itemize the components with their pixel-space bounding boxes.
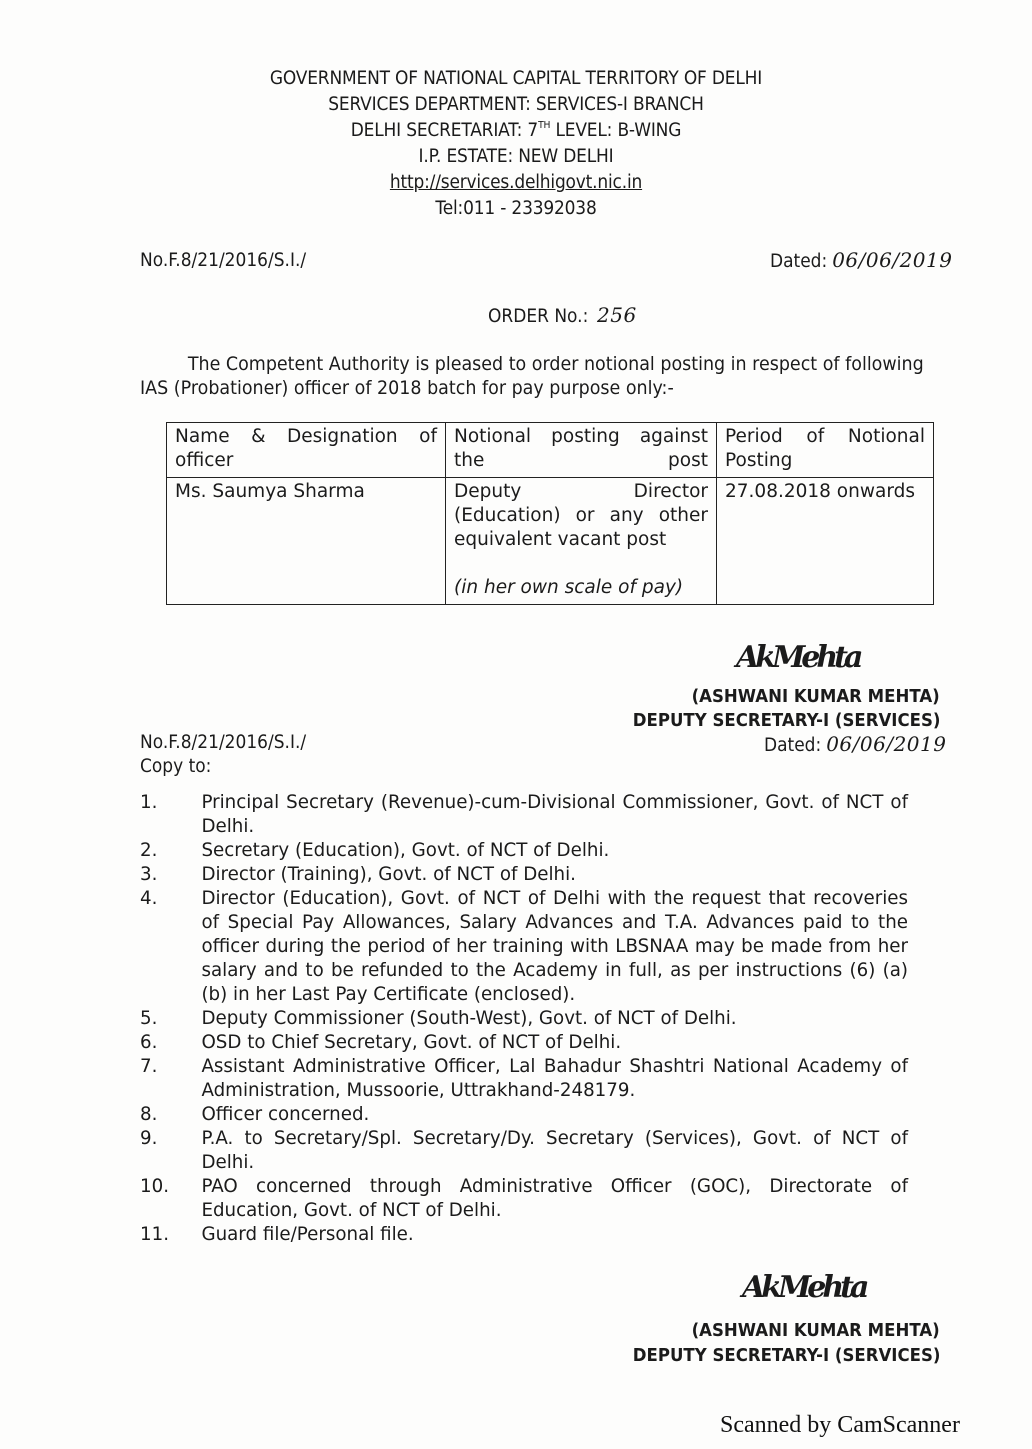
list-item: 10.PAO concerned through Administrative … (140, 1174, 908, 1222)
signature-1: AkMehta (736, 640, 859, 675)
list-item-text: OSD to Chief Secretary, Govt. of NCT of … (201, 1031, 621, 1053)
signatory-designation-2: DEPUTY SECRETARY-I (SERVICES) (632, 1345, 940, 1366)
table-header-name: Name & Designation of officer (167, 423, 446, 478)
list-item: 1.Principal Secretary (Revenue)-cum-Divi… (140, 790, 908, 838)
list-item-text: P.A. to Secretary/Spl. Secretary/Dy. Sec… (201, 1127, 908, 1173)
list-item-number: 2. (140, 838, 157, 862)
posting-note: (in her own scale of pay) (454, 576, 708, 600)
header-address-main: DELHI SECRETARIAT: 7 (351, 120, 538, 141)
list-item: 7.Assistant Administrative Officer, Lal … (140, 1054, 908, 1102)
order-number-line: ORDER No.:256 (488, 303, 637, 327)
copy-to-list: 1.Principal Secretary (Revenue)-cum-Divi… (140, 790, 940, 1246)
dated-handwritten: 06/06/2019 (832, 248, 952, 272)
copy-to-label: Copy to: (140, 756, 211, 777)
table-row: Ms. Saumya Sharma Deputy Director (Educa… (167, 478, 934, 605)
table-cell-period: 27.08.2018 onwards (717, 478, 934, 605)
list-item-number: 9. (140, 1126, 157, 1150)
header-website-link[interactable]: http://services.delhigovt.nic.in (390, 172, 642, 193)
table-header-row: Name & Designation of officer Notional p… (167, 423, 934, 478)
list-item-number: 6. (140, 1030, 157, 1054)
header-department: GOVERNMENT OF NATIONAL CAPITAL TERRITORY… (41, 68, 990, 89)
camscanner-watermark: Scanned by CamScanner (720, 1412, 960, 1439)
header-address-rest: LEVEL: B-WING (550, 120, 681, 141)
list-item: 8.Officer concerned. (140, 1102, 908, 1126)
list-item-text: Assistant Administrative Officer, Lal Ba… (201, 1055, 908, 1101)
list-item-text: Director (Training), Govt. of NCT of Del… (201, 863, 576, 885)
list-item: 6.OSD to Chief Secretary, Govt. of NCT o… (140, 1030, 908, 1054)
list-item-number: 5. (140, 1006, 157, 1030)
list-item: 2.Secretary (Education), Govt. of NCT of… (140, 838, 908, 862)
table-cell-officer-name: Ms. Saumya Sharma (167, 478, 446, 605)
signatory-name-1: (ASHWANI KUMAR MEHTA) (692, 686, 940, 707)
list-item-number: 8. (140, 1102, 157, 1126)
list-item: 9.P.A. to Secretary/Spl. Secretary/Dy. S… (140, 1126, 908, 1174)
file-number: No.F.8/21/2016/S.I./ (140, 250, 306, 271)
list-item: 4.Director (Education), Govt. of NCT of … (140, 886, 908, 1006)
list-item: 11.Guard file/Personal file. (140, 1222, 908, 1246)
list-item-number: 10. (140, 1174, 169, 1198)
signatory-name-2: (ASHWANI KUMAR MEHTA) (692, 1320, 940, 1341)
list-item-text: Guard file/Personal file. (201, 1223, 413, 1245)
list-item-number: 3. (140, 862, 157, 886)
dated-label: Dated: (770, 251, 827, 272)
header-address-sup: TH (538, 120, 550, 131)
order-body-text: The Competent Authority is pleased to or… (140, 352, 931, 400)
list-item: 5.Deputy Commissioner (South-West), Govt… (140, 1006, 908, 1030)
list-item-number: 7. (140, 1054, 157, 1078)
copy-dated-line: Dated:06/06/2019 (764, 732, 946, 756)
list-item-text: Deputy Commissioner (South-West), Govt. … (201, 1007, 736, 1029)
signatory-designation-1: DEPUTY SECRETARY-I (SERVICES) (632, 710, 940, 731)
posting-table: Name & Designation of officer Notional p… (166, 422, 934, 605)
list-item: 3.Director (Training), Govt. of NCT of D… (140, 862, 908, 886)
header-telephone: Tel:011 - 23392038 (41, 198, 990, 219)
copy-dated-label: Dated: (764, 735, 821, 756)
list-item-text: Principal Secretary (Revenue)-cum-Divisi… (201, 791, 908, 837)
copy-dated-handwritten: 06/06/2019 (826, 732, 946, 756)
list-item-number: 1. (140, 790, 157, 814)
header-branch: SERVICES DEPARTMENT: SERVICES-I BRANCH (41, 94, 990, 115)
header-website-row: http://services.delhigovt.nic.in (41, 172, 990, 193)
order-number-handwritten: 256 (597, 303, 637, 327)
list-item-number: 11. (140, 1222, 169, 1246)
signature-2: AkMehta (742, 1270, 865, 1305)
dated-line: Dated:06/06/2019 (770, 248, 952, 272)
list-item-text: Secretary (Education), Govt. of NCT of D… (201, 839, 609, 861)
copy-file-number: No.F.8/21/2016/S.I./ (140, 732, 306, 753)
order-label: ORDER No.: (488, 306, 588, 327)
table-cell-posting: Deputy Director (Education) or any other… (446, 478, 717, 605)
list-item-text: Officer concerned. (201, 1103, 369, 1125)
list-item-text: Director (Education), Govt. of NCT of De… (201, 887, 908, 1005)
list-item-number: 4. (140, 886, 157, 910)
header-estate: I.P. ESTATE: NEW DELHI (41, 146, 990, 167)
posting-description: Deputy Director (Education) or any other… (454, 480, 708, 552)
header-address: DELHI SECRETARIAT: 7TH LEVEL: B-WING (41, 120, 990, 141)
list-item-text: PAO concerned through Administrative Off… (201, 1175, 908, 1221)
table-header-posting: Notional posting against the post (446, 423, 717, 478)
table-header-period: Period of Notional Posting (717, 423, 934, 478)
